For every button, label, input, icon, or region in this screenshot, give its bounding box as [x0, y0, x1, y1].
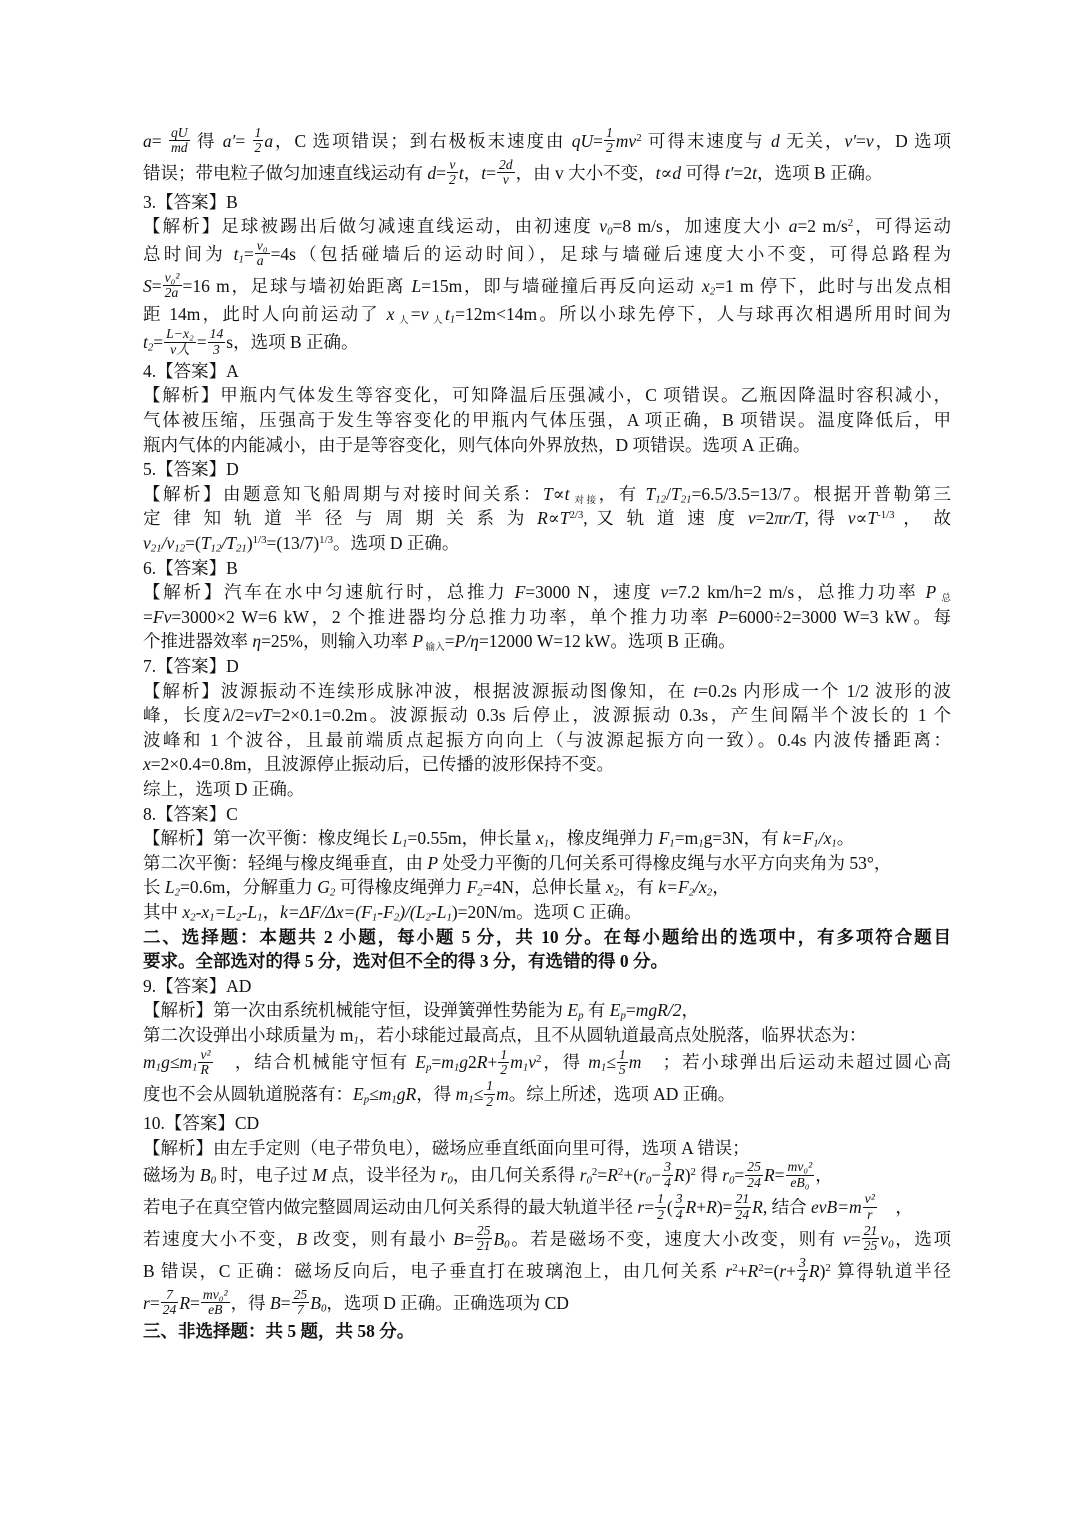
math-symbol: m: [456, 1084, 469, 1104]
fraction-denominator: 24: [745, 1176, 763, 1190]
text-run: /2=: [231, 705, 254, 725]
text-run: 总时间为: [143, 244, 234, 264]
text-run: 气体被压缩，压强高于发生等容变化的甲瓶内气体压强，A 项正确，B 项错误。温度降…: [143, 410, 951, 430]
fraction: 2125: [862, 1224, 880, 1254]
math-symbol: /v: [162, 533, 175, 553]
math-symbol: mgR/2: [636, 1000, 682, 1020]
fraction-numerator: mv₀²: [201, 1288, 230, 1303]
text-run: =12000 W=12 kW。选项 B 正确。: [479, 631, 736, 651]
text-run: =6.5/3.5=13/7。根据开普勒第三: [692, 484, 951, 504]
fraction: 15: [617, 1048, 628, 1078]
text-run: =8 m/s，加速度大小: [613, 216, 789, 236]
fraction-denominator: md: [169, 141, 190, 155]
text-run: =: [851, 1229, 861, 1249]
fraction: 2dv: [497, 158, 515, 188]
fraction: L−x₂v人: [164, 327, 196, 357]
subscript: 21: [151, 543, 162, 555]
text-run: ， 故: [895, 508, 951, 528]
text-line: 【解析】第一次由系统机械能守恒，设弹簧弹性势能为 Ep 有 Ep=mgR/2，: [143, 998, 951, 1023]
text-run: =2×0.1=0.2m。波源振动 0.3s 后停止，波源振动 0.3s，产生间隔…: [272, 705, 951, 725]
fraction-numerator: 3: [674, 1192, 685, 1207]
text-run: =: [464, 1229, 474, 1249]
text-line: B 错误，C 正确：磁场反向后，电子垂直打在玻璃泡上，由几何关系 r2+R2=(…: [143, 1256, 951, 1288]
text-line: 波峰和 1 个波谷，且最前端质点起振方向向上（与波源起振方向一致）。0.4s 内…: [143, 728, 951, 753]
math-symbol: F: [659, 828, 670, 848]
text-run: =2×0.4=0.8m，且波源停止振动后，已传播的波形保持不变。: [151, 754, 614, 774]
text-run: 5.【答案】D: [143, 459, 239, 479]
math-symbol: d: [672, 163, 681, 183]
math-symbol: g: [459, 1052, 468, 1072]
text-run: 【解析】第一次由系统机械能守恒，设弹簧弹性势能为: [143, 1000, 567, 1020]
fraction-numerator: 25: [745, 1160, 763, 1175]
subscript: 21: [236, 543, 247, 555]
text-run: ≤: [369, 1084, 379, 1104]
fraction-denominator: 4: [674, 1208, 685, 1222]
text-line: v21/v12=(T12/T21)1/3=(13/7)1/3。选项 D 正确。: [143, 531, 951, 556]
text-run: 【解析】由题意知飞船周期与对接时间关系：: [143, 484, 543, 504]
math-symbol: v: [843, 1229, 851, 1249]
math-symbol: d: [771, 131, 780, 151]
superscript: 2/3: [569, 509, 583, 521]
text-run: ，结合机械能守恒有: [214, 1052, 416, 1072]
math-symbol: evB=m: [811, 1197, 862, 1217]
text-run: 时，电子过: [216, 1165, 312, 1185]
math-symbol: -L: [242, 902, 258, 922]
text-run: B 错误，C 正确：磁场反向后，电子垂直打在玻璃泡上，由几何关系: [143, 1261, 725, 1281]
fraction-numerator: v²: [863, 1192, 877, 1207]
fraction: 12: [655, 1192, 666, 1222]
text-run: =: [597, 1165, 607, 1185]
text-run: =(: [764, 1261, 780, 1281]
fraction: qUmd: [169, 126, 190, 156]
math-symbol: F: [515, 582, 526, 602]
text-run: =: [197, 332, 207, 352]
text-run: 。: [837, 828, 855, 848]
math-symbol: mv: [616, 131, 636, 151]
text-run: =: [734, 1165, 744, 1185]
text-run: ，得: [541, 1052, 588, 1072]
text-run: 点，设半径为: [327, 1165, 441, 1185]
fraction: v²R: [198, 1048, 212, 1078]
text-run: 距 14m，此时人向前运动了: [143, 304, 387, 324]
text-run: 若速度大小不变，: [143, 1229, 296, 1249]
text-run: ∝: [660, 163, 672, 183]
math-symbol: /T: [221, 533, 236, 553]
fraction: v₀a: [255, 239, 270, 269]
fraction-denominator: R: [198, 1063, 212, 1077]
fraction-denominator: 4: [797, 1271, 808, 1285]
math-symbol: gR: [397, 1084, 416, 1104]
text-line: 【解析】足球被踢出后做匀减速直线运动，由初速度 v0=8 m/s，加速度大小 a…: [143, 214, 951, 239]
text-run: ∝: [548, 508, 560, 528]
subscript: 12: [211, 543, 222, 555]
fraction-numerator: v²: [198, 1048, 212, 1063]
math-symbol: v: [880, 1229, 888, 1249]
math-symbol: x: [536, 828, 544, 848]
text-run: =0.2s 内形成一个 1/2 波形的波: [698, 681, 951, 701]
text-run: , 结合: [763, 1197, 811, 1217]
math-symbol: R: [706, 1197, 717, 1217]
text-run: 波峰和 1 个波谷，且最前端质点起振方向向上（与波源起振方向一致）。0.4s 内…: [143, 730, 951, 750]
text-run: ，: [712, 877, 730, 897]
text-line: 【解析】由左手定则（电子带负电），磁场应垂直纸面向里可得，选项 A 错误；: [143, 1136, 951, 1161]
text-line: 磁场为 B0 时，电子过 M 点，设半径为 r0，由几何关系得 r02=R2+(…: [143, 1160, 951, 1192]
math-symbol: R: [179, 1293, 190, 1313]
math-symbol: x: [702, 276, 710, 296]
math-symbol: E: [567, 1000, 578, 1020]
math-symbol: v: [866, 131, 874, 151]
fraction-numerator: mv₀²: [786, 1160, 815, 1175]
math-symbol: r: [580, 1165, 587, 1185]
fraction-denominator: 2: [498, 1063, 509, 1077]
text-run: , 又 轨 道 速 度: [583, 508, 748, 528]
text-run: , 得: [804, 508, 847, 528]
text-run: =16 m，足球与墙初始距离: [183, 276, 412, 296]
text-run: 【解析】足球被踢出后做匀减速直线运动，由初速度: [143, 216, 599, 236]
math-symbol: k=F: [783, 828, 813, 848]
subscript-label: 对接: [569, 495, 598, 506]
fraction-numerator: 1: [655, 1192, 666, 1207]
fraction-numerator: 7: [161, 1288, 179, 1303]
math-symbol: r: [639, 1165, 646, 1185]
text-run: ，: [464, 163, 482, 183]
subscript: 21: [681, 494, 692, 506]
subscript: 12: [174, 543, 185, 555]
answer-heading-3: 3.【答案】B: [143, 190, 951, 215]
fraction: mv₀²eB: [201, 1288, 230, 1318]
text-run: =: [626, 1000, 636, 1020]
text-run: )=: [717, 1197, 733, 1217]
text-line: 气体被压缩，压强高于发生等容变化的甲瓶内气体压强，A 项正确，B 项错误。温度降…: [143, 408, 951, 433]
math-symbol: -x: [196, 902, 210, 922]
text-run: 可得末速度与: [642, 131, 771, 151]
math-symbol: m: [496, 1084, 509, 1104]
superscript: -1/3: [877, 509, 894, 521]
fraction-denominator: 5: [617, 1063, 628, 1077]
text-run: +: [696, 1197, 706, 1217]
fraction-denominator: 2: [253, 141, 264, 155]
text-run: ，: [681, 1000, 699, 1020]
fraction-denominator: 4: [662, 1176, 673, 1190]
subscript-label: 人: [428, 315, 444, 326]
fraction-denominator: 2: [447, 173, 458, 187]
fraction-denominator: 25: [862, 1239, 880, 1253]
text-line: 综上，选项 D 正确。: [143, 777, 951, 802]
text-run: ，: [878, 1197, 913, 1217]
text-run: =: [143, 607, 153, 627]
text-run: +: [786, 1261, 796, 1281]
text-run: ，由几何关系得: [453, 1165, 580, 1185]
text-run: =: [775, 1165, 785, 1185]
fraction-numerator: 1: [604, 126, 615, 141]
math-symbol: a′: [223, 131, 236, 151]
text-run: 【解析】第一次平衡：橡皮绳长: [143, 828, 392, 848]
text-line: 若电子在真空管内做完整圆周运动由几何关系得的最大轨道半径 r=12(34R+R)…: [143, 1192, 951, 1224]
section-heading: 要求。全部选对的得 5 分，选对但不全的得 3 分，有选错的得 0 分。: [143, 949, 951, 974]
text-line: 错误；带电粒子做匀加速直线运动有 d=v2t，t=2dv，由 v 大小不变，t∝…: [143, 158, 951, 190]
text-run: =: [411, 304, 421, 324]
text-line: =Fv=3000×2 W=6 kW，2 个推进器均分总推力功率，单个推力功率 P…: [143, 605, 951, 630]
math-symbol: m: [510, 1052, 523, 1072]
answer-heading-10: 10.【答案】CD: [143, 1111, 951, 1136]
text-line: 瓶内气体的内能减小，由于是等容变化，则气体向外界放热，D 项错误。选项 A 正确…: [143, 433, 951, 458]
text-line: 若速度大小不变，B 改变，则有最小 B=2521B0。若是磁场不变，速度大小改变…: [143, 1224, 951, 1256]
fraction-denominator: 3: [208, 343, 226, 357]
text-run: ，选项: [894, 1229, 952, 1249]
math-symbol: L: [392, 828, 402, 848]
math-symbol: d: [427, 163, 436, 183]
text-run: 磁场为: [143, 1165, 200, 1185]
fraction-numerator: 14: [208, 327, 226, 342]
fraction-denominator: 7: [292, 1303, 310, 1317]
answer-heading-4: 4.【答案】A: [143, 359, 951, 384]
math-symbol: B: [200, 1165, 211, 1185]
math-symbol: g≤m: [161, 1052, 192, 1072]
text-run: =: [593, 131, 603, 151]
text-run: 。综上所述，选项 AD 正确。: [509, 1084, 736, 1104]
text-line: 【解析】汽车在水中匀速航行时，总推力 F=3000 N，速度 v=7.2 km/…: [143, 580, 951, 605]
text-line: 第二次平衡：轻绳与橡皮绳垂直，由 P 处受力平衡的几何关系可得橡皮绳与水平方向夹…: [143, 851, 951, 876]
text-run: 【解析】波源振动不连续形成脉冲波，根据波源振动图像知，在: [143, 681, 693, 701]
subscript: 1: [192, 1062, 197, 1074]
text-run: =0.6m，分解重力: [180, 877, 317, 897]
text-run: =6000÷2=3000 W=3 kW。每: [728, 607, 951, 627]
text-run: =: [281, 1293, 291, 1313]
fraction: v₀²2a: [163, 271, 182, 301]
answer-key-page: a= qUmd 得 a′= 12a，C 选项错误；到右极板末速度由 qU=12m…: [143, 126, 951, 1344]
math-symbol: a: [143, 131, 152, 151]
math-symbol: L: [165, 877, 175, 897]
section-heading: 三、非选择题：共 5 题，共 58 分。: [143, 1319, 951, 1344]
subscript-label: 人: [394, 315, 410, 326]
math-symbol: R: [752, 1197, 763, 1217]
text-run: 【解析】甲瓶内气体发生等容变化，可知降温后压强减小，C 项错误。乙瓶因降温时容积…: [143, 385, 951, 405]
text-run: 峰，长度: [143, 705, 223, 725]
subscript: 12: [655, 494, 666, 506]
text-run: =: [153, 332, 163, 352]
fraction: 2124: [734, 1192, 752, 1222]
math-symbol: E: [353, 1084, 364, 1104]
math-symbol: )/(L: [399, 902, 425, 922]
text-run: g=3N，有: [704, 828, 783, 848]
math-symbol: B: [493, 1229, 504, 1249]
fraction-denominator: v: [497, 173, 515, 187]
text-run: ，有: [599, 484, 646, 504]
math-symbol: /x: [694, 877, 707, 897]
answer-heading-5: 5.【答案】D: [143, 457, 951, 482]
text-run: =3000 N，速度: [525, 582, 660, 602]
fraction-denominator: eB: [201, 1303, 230, 1317]
text-line: 【解析】波源振动不连续形成脉冲波，根据波源振动图像知，在 t=0.2s 内形成一…: [143, 679, 951, 704]
fraction-denominator: a: [255, 254, 270, 268]
subscript-label: 总: [936, 593, 951, 604]
text-run: 若电子在真空管内做完整圆周运动由几何关系得的最大轨道半径: [143, 1197, 637, 1217]
text-run: ，得: [231, 1293, 270, 1313]
text-run: ，橡皮绳弹力: [549, 828, 658, 848]
fraction: 12: [484, 1079, 495, 1109]
text-run: ，可得运动: [853, 216, 951, 236]
text-line: t2=L−x₂v人=143s，选项 B 正确。: [143, 327, 951, 359]
fraction-numerator: qU: [169, 126, 190, 141]
subscript-label: 输入: [423, 642, 445, 653]
text-run: =: [152, 131, 168, 151]
text-line: m1g≤m1v²R ，结合机械能守恒有 Ep=m1g2R+12m1v2，得 m1…: [143, 1047, 951, 1079]
math-symbol: E: [415, 1052, 426, 1072]
text-run: 6.【答案】B: [143, 558, 238, 578]
text-run: =: [856, 131, 866, 151]
text-run: 有: [584, 1000, 610, 1020]
text-run: 算得轨道半径: [831, 1261, 951, 1281]
fraction: 34: [674, 1192, 685, 1222]
text-run: 第二次设弹出小球质量为 m: [143, 1025, 354, 1045]
text-run: 得: [191, 131, 223, 151]
math-symbol: v: [748, 508, 756, 528]
text-run: 定 律 知 轨 道 半 径 与 周 期 关 系 为: [143, 508, 537, 528]
math-symbol: Fv: [153, 607, 171, 627]
math-symbol: -L: [431, 902, 447, 922]
fraction-denominator: 2: [604, 141, 615, 155]
math-symbol: v: [599, 216, 607, 236]
text-run: 9.【答案】AD: [143, 976, 251, 996]
text-run: =: [431, 1052, 441, 1072]
text-run: 10.【答案】CD: [143, 1113, 259, 1133]
math-symbol: R: [477, 1052, 488, 1072]
text-run: ≤: [606, 1052, 616, 1072]
text-run: =3000×2 W=6 kW，2 个推进器均分总推力功率，单个推力功率: [171, 607, 717, 627]
math-symbol: P: [412, 631, 423, 651]
math-symbol: T: [867, 508, 877, 528]
fraction-numerator: v₀²: [163, 271, 182, 286]
math-symbol: L: [411, 276, 421, 296]
answer-heading-9: 9.【答案】AD: [143, 974, 951, 999]
math-symbol: R: [686, 1197, 697, 1217]
math-symbol: m: [441, 1052, 454, 1072]
text-line: r=724R=mv₀²eB，得 B=257B0，选项 D 正确。正确选项为 CD: [143, 1288, 951, 1320]
text-run: 综上，选项 D 正确。: [143, 779, 304, 799]
math-symbol: R: [748, 1261, 759, 1281]
math-symbol: v: [143, 533, 151, 553]
text-run: =2 m/s: [797, 216, 847, 236]
text-run: =0.55m，伸长量: [408, 828, 536, 848]
text-run: 二、选择题：本题共 2 小题，每小题 5 分，共 10 分。在每小题给出的选项中…: [143, 927, 951, 947]
fraction: 34: [797, 1256, 808, 1286]
text-run: =: [150, 1293, 160, 1313]
text-run: =2: [756, 508, 775, 528]
text-run: =: [190, 1293, 200, 1313]
math-symbol: a: [264, 131, 273, 151]
text-run: 。若是磁场不变，速度大小改变，则有: [510, 1229, 843, 1249]
fraction-numerator: v₀: [255, 239, 270, 254]
text-run: ，C 选项错误；到右极板末速度由: [273, 131, 572, 151]
fraction-denominator: r: [863, 1208, 877, 1222]
fraction: 12: [604, 126, 615, 156]
text-run: 2: [468, 1052, 477, 1072]
math-symbol: x: [606, 877, 614, 897]
math-symbol: T: [201, 533, 211, 553]
text-run: ，选项 B 正确。: [757, 163, 882, 183]
text-run: =: [486, 163, 496, 183]
answer-heading-6: 6.【答案】B: [143, 556, 951, 581]
fraction-numerator: 3: [797, 1256, 808, 1271]
text-line: 其中 x2-x1=L2-L1，k=ΔF/Δx=(F1-F2)/(L2-L1)=2…: [143, 900, 951, 925]
text-run: 度也不会从圆轨道脱落有：: [143, 1084, 353, 1104]
math-symbol: m: [629, 1052, 642, 1072]
text-run: 改变，则有最小: [307, 1229, 453, 1249]
fraction-numerator: 25: [475, 1224, 493, 1239]
math-symbol: R: [607, 1165, 618, 1185]
math-symbol: m: [143, 1052, 156, 1072]
math-symbol: v: [528, 1052, 536, 1072]
fraction: 724: [161, 1288, 179, 1318]
math-symbol: R: [674, 1165, 685, 1185]
math-symbol: R: [809, 1261, 820, 1281]
text-line: 定 律 知 轨 道 半 径 与 周 期 关 系 为 R∝T2/3, 又 轨 道 …: [143, 506, 951, 531]
math-symbol: R: [764, 1165, 775, 1185]
text-run: =12m<14m。所以小球先停下，人与球再次相遇所用时间为: [455, 304, 951, 324]
text-run: s，选项 B 正确。: [226, 332, 358, 352]
math-symbol: B: [270, 1293, 281, 1313]
fraction-denominator: 2: [484, 1095, 495, 1109]
text-run: ；若小球弹出后运动未超过圆心高: [641, 1052, 951, 1072]
text-line: 第二次设弹出小球质量为 m1，若小球能过最高点，且不从圆轨道最高点处脱落，临界状…: [143, 1023, 951, 1048]
fraction: v²r: [863, 1192, 877, 1222]
math-symbol: v′: [844, 131, 856, 151]
fraction-denominator: eB₀: [786, 1176, 815, 1190]
text-run: =2: [734, 163, 753, 183]
math-symbol: k=ΔF/Δx=(F: [280, 902, 372, 922]
text-run: ，: [263, 902, 281, 922]
text-line: 长 L2=0.6m，分解重力 G2 可得橡皮绳弹力 F2=4N，总伸长量 x2，…: [143, 875, 951, 900]
math-symbol: η: [252, 631, 261, 651]
math-symbol: M: [312, 1165, 327, 1185]
math-symbol: vT: [254, 705, 272, 725]
math-symbol: T: [543, 484, 553, 504]
text-run: =4s（包括碰墙后的运动时间），足球与墙碰后速度大小不变，可得总路程为: [271, 244, 951, 264]
text-run: =: [244, 244, 254, 264]
text-run: ，得: [416, 1084, 455, 1104]
text-run: ≤: [474, 1084, 484, 1104]
text-run: =15m，即与墙碰撞后再反向运动: [421, 276, 702, 296]
fraction-numerator: 21: [862, 1224, 880, 1239]
fraction-denominator: 24: [734, 1208, 752, 1222]
section-heading: 二、选择题：本题共 2 小题，每小题 5 分，共 10 分。在每小题给出的选项中…: [143, 925, 951, 950]
text-run: ，: [815, 1165, 833, 1185]
text-run: ，选项 D 正确。正确选项为 CD: [326, 1293, 569, 1313]
math-symbol: x: [182, 902, 190, 922]
text-run: 无关，: [780, 131, 845, 151]
text-line: 距 14m，此时人向前运动了 x 人=v 人t1=12m<14m。所以小球先停下…: [143, 302, 951, 327]
text-run: =: [644, 1197, 654, 1217]
text-run: 三、非选择题：共 5 题，共 58 分。: [143, 1321, 414, 1341]
text-run: )=20N/m。选项 C 正确。: [452, 902, 642, 922]
text-run: ，若小球能过最高点，且不从圆轨道最高点处脱落，临界状态为：: [359, 1025, 867, 1045]
fraction-numerator: 2d: [497, 158, 515, 173]
math-symbol: /x: [819, 828, 832, 848]
text-run: =(: [185, 533, 201, 553]
math-symbol: B: [453, 1229, 464, 1249]
math-symbol: x: [143, 754, 151, 774]
text-run: =1 m 停下，此时与出发点相: [715, 276, 951, 296]
answer-heading-7: 7.【答案】D: [143, 654, 951, 679]
text-line: 【解析】甲瓶内气体发生等容变化，可知降温后压强减小，C 项错误。乙瓶因降温时容积…: [143, 383, 951, 408]
math-symbol: S: [143, 276, 152, 296]
superscript: 1/3: [319, 534, 333, 546]
text-run: 错误；带电粒子做匀加速直线运动有: [143, 163, 427, 183]
math-symbol: B: [310, 1293, 321, 1313]
fraction: 34: [662, 1160, 673, 1190]
fraction: 12: [253, 126, 264, 156]
math-symbol: F: [467, 877, 478, 897]
